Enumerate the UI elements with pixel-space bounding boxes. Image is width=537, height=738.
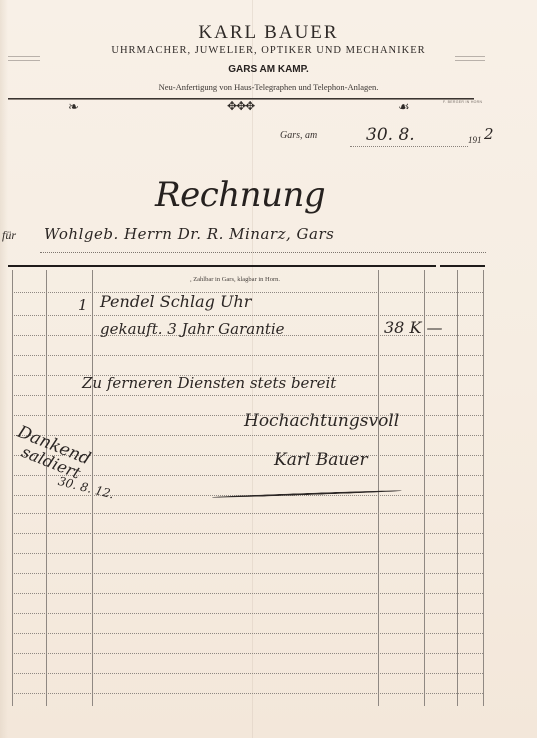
table-row-line <box>12 315 483 316</box>
payment-terms-note: , Zahlbar in Gars, klagbar in Horn. <box>92 276 378 283</box>
table-row-line <box>12 613 483 614</box>
date-place-label: Gars, am <box>280 130 317 141</box>
table-row-line <box>12 693 483 694</box>
table-row-line <box>12 355 483 356</box>
table-top-rule <box>8 265 436 267</box>
table-row-line <box>12 553 483 554</box>
table-row-line <box>12 533 483 534</box>
signature: Karl Bauer <box>274 450 368 470</box>
company-tagline: Neu-Anfertigung von Haus-Telegraphen und… <box>0 82 537 92</box>
table-row-line <box>12 593 483 594</box>
date-dotted-line <box>350 146 468 147</box>
closing-line-2: Hochachtungsvoll <box>244 411 399 431</box>
date-year-prefix: 191 <box>468 135 482 145</box>
company-location: GARS AM KAMP. <box>0 64 537 75</box>
table-border-right <box>483 270 484 706</box>
company-trades: UHRMACHER, JUWELIER, OPTIKER UND MECHANI… <box>0 45 537 56</box>
date-year-suffix: 2 <box>484 125 494 143</box>
item-1-quantity: 1 <box>78 296 88 314</box>
ornament-left-icon: ❧ <box>68 100 79 113</box>
company-name: KARL BAUER <box>0 22 537 44</box>
table-row-line <box>12 673 483 674</box>
ornament-right-icon: ☙ <box>398 100 410 113</box>
table-top-rule-right <box>440 265 485 267</box>
recipient-label: für <box>2 228 16 243</box>
table-row-line <box>12 513 483 514</box>
decorative-rule-left <box>8 56 40 61</box>
recipient-dotted-line <box>40 252 486 253</box>
table-row-line <box>12 475 483 476</box>
table-row-line <box>12 633 483 634</box>
table-row-line <box>12 573 483 574</box>
decorative-rule-right <box>455 56 485 61</box>
item-2-description: gekauft. 3 Jahr Garantie <box>100 320 285 338</box>
item-1-description: Pendel Schlag Uhr <box>100 292 251 311</box>
document-title: Rechnung <box>155 175 325 215</box>
table-row-line <box>12 435 483 436</box>
printer-mark: F. BERGER IN HORN <box>443 100 482 104</box>
item-2-amount: 38 K — <box>384 318 442 337</box>
table-row-line <box>12 395 483 396</box>
date-day-month: 30. 8. <box>366 125 415 145</box>
table-row-line <box>12 653 483 654</box>
ornament-center-icon: ✥✥✥ <box>227 100 254 113</box>
closing-line-1: Zu ferneren Diensten stets bereit <box>82 374 336 392</box>
recipient-name: Wohlgeb. Herrn Dr. R. Minarz, Gars <box>44 225 334 243</box>
